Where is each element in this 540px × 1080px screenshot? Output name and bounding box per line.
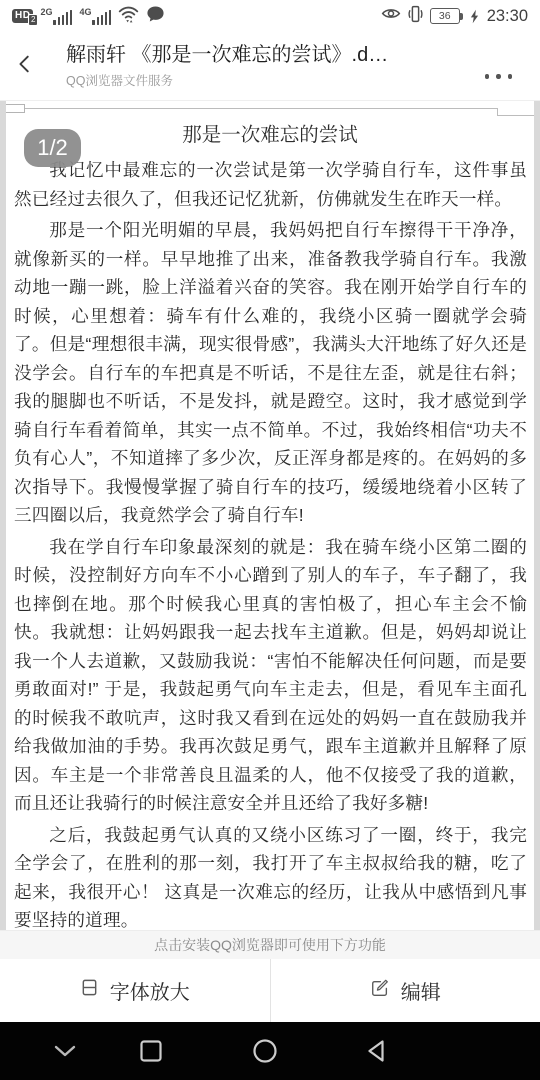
status-bar: HD 2 2G 4G (0, 0, 540, 32)
essay-body: 我记忆中最难忘的一次尝试是第一次学骑自行车，这件事虽然已经过去很久了，但我还记忆… (0, 149, 540, 930)
back-chevron-icon (14, 52, 36, 81)
battery-percent: 36 (439, 10, 451, 22)
home-circle-icon[interactable] (251, 1037, 279, 1065)
app-header: 解雨轩 《那是一次难忘的尝试》.d… QQ浏览器文件服务 (0, 32, 540, 101)
page-left-edge (0, 101, 6, 930)
bottom-toolbar: 字体放大 编辑 (0, 959, 540, 1022)
header-titles: 解雨轩 《那是一次难忘的尝试》.d… QQ浏览器文件服务 (66, 43, 526, 89)
status-bar-left: HD 2 2G 4G (12, 5, 165, 28)
edit-label: 编辑 (401, 976, 441, 1005)
edit-pencil-icon (370, 978, 390, 1004)
install-qq-browser-banner[interactable]: 点击安装QQ浏览器即可使用下方功能 (0, 930, 540, 959)
hd-sub-label: 2 (28, 14, 38, 26)
file-title: 解雨轩 《那是一次难忘的尝试》.d… (66, 43, 486, 68)
signal-sim2-icon: 4G (79, 8, 111, 25)
signal-sim1-icon: 2G (40, 8, 72, 25)
hd-voice-icon: HD 2 (12, 9, 33, 23)
message-bubble-icon (146, 5, 165, 28)
file-source-subtitle: QQ浏览器文件服务 (66, 71, 486, 89)
back-button[interactable] (14, 52, 66, 81)
essay-paragraph: 之后，我鼓起勇气认真的又绕小区练习了一圈，终于，我完全学会了，在胜利的那一刻，我… (14, 821, 527, 931)
eye-comfort-icon (381, 6, 401, 26)
banner-text: 点击安装QQ浏览器即可使用下方功能 (154, 935, 386, 955)
document-viewer[interactable]: 1/2 那是一次难忘的尝试 我记忆中最难忘的一次尝试是第一次学骑自行车，这件事虽… (0, 101, 540, 930)
clock-time: 23:30 (487, 7, 528, 26)
page-right-edge (534, 101, 540, 930)
page-number-badge: 1/2 (24, 129, 81, 167)
essay-paragraph: 我记忆中最难忘的一次尝试是第一次学骑自行车，这件事虽然已经过去很久了，但我还记忆… (14, 156, 527, 213)
essay-paragraph: 我在学自行车印象最深刻的就是：我在骑车绕小区第二圈的时候，没控制好方向车不小心蹭… (14, 533, 527, 818)
more-menu-button[interactable] (485, 74, 513, 79)
wifi-icon (118, 5, 139, 28)
charging-bolt-icon (470, 9, 479, 24)
font-resize-icon (80, 978, 99, 1003)
font-enlarge-button[interactable]: 字体放大 (0, 959, 270, 1022)
phone-screen: HD 2 2G 4G (0, 0, 540, 1080)
vibrate-icon (407, 5, 424, 28)
edit-button[interactable]: 编辑 (270, 959, 540, 1022)
battery-icon: 36 (430, 8, 460, 24)
network-2g-label: 2G (40, 8, 52, 17)
status-bar-right: 36 23:30 (381, 5, 528, 28)
essay-paragraph: 那是一个阳光明媚的早晨，我妈妈把自行车擦得干干净净，就像新买的一样。早早地推了出… (14, 216, 527, 530)
font-enlarge-label: 字体放大 (110, 976, 190, 1005)
network-4g-label: 4G (79, 8, 91, 17)
signal-bars-icon (92, 10, 111, 25)
essay-title: 那是一次难忘的尝试 (0, 121, 540, 149)
signal-bars-icon (53, 10, 72, 25)
android-nav-bar (0, 1022, 540, 1080)
page-top-border (0, 108, 497, 109)
hide-navbar-chevron-icon[interactable] (52, 1044, 78, 1058)
recents-square-icon[interactable] (138, 1038, 164, 1064)
back-triangle-icon[interactable] (364, 1038, 388, 1064)
